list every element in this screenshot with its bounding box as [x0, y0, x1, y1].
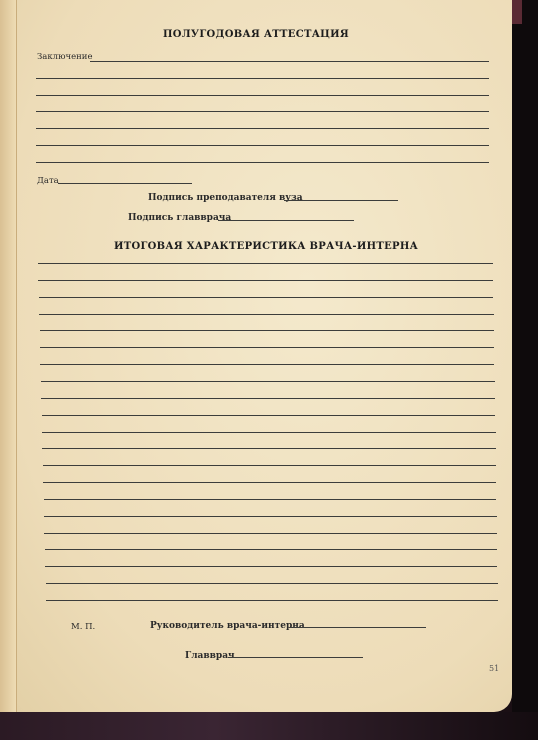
- section-title-final: ИТОГОВАЯ ХАРАКТЕРИСТИКА ВРАЧА-ИНТЕРНА: [10, 241, 522, 252]
- characteristic-line[interactable]: [44, 516, 497, 517]
- characteristic-line[interactable]: [42, 432, 496, 433]
- characteristic-line[interactable]: [41, 381, 495, 382]
- conclusion-line[interactable]: [90, 61, 489, 62]
- characteristic-line[interactable]: [42, 448, 495, 449]
- characteristic-line[interactable]: [46, 583, 498, 584]
- characteristic-line[interactable]: [39, 314, 494, 315]
- page-number: 51: [489, 664, 499, 673]
- supervisor-label: Руководитель врача-интерна: [150, 621, 305, 631]
- characteristic-line[interactable]: [40, 347, 494, 348]
- conclusion-line[interactable]: [36, 128, 489, 129]
- characteristic-line[interactable]: [46, 600, 498, 601]
- characteristic-line[interactable]: [43, 465, 496, 466]
- book-spine: [0, 0, 17, 712]
- conclusion-line[interactable]: [36, 145, 489, 146]
- characteristic-line[interactable]: [43, 482, 496, 483]
- section-title-semiannual: ПОЛУГОДОВАЯ АТТЕСТАЦИЯ: [0, 29, 512, 40]
- characteristic-line[interactable]: [45, 549, 497, 550]
- characteristic-line[interactable]: [40, 330, 494, 331]
- chief-doctor-signature-line[interactable]: [218, 220, 354, 221]
- supervisor-signature-line[interactable]: [290, 627, 426, 628]
- stamp-label: М. П.: [71, 622, 95, 632]
- chief-doctor-signature-label: Подпись главврача: [128, 213, 231, 223]
- conclusion-label: Заключение: [37, 52, 93, 62]
- characteristic-line[interactable]: [40, 364, 494, 365]
- conclusion-line[interactable]: [36, 162, 489, 163]
- characteristic-line[interactable]: [38, 280, 493, 281]
- characteristic-line[interactable]: [44, 533, 497, 534]
- characteristic-line[interactable]: [41, 398, 495, 399]
- conclusion-line[interactable]: [36, 95, 489, 96]
- scan-background-right: [512, 0, 538, 740]
- characteristic-line[interactable]: [39, 297, 494, 298]
- scan-background-bottom: [0, 712, 538, 740]
- chief-doctor-line[interactable]: [228, 657, 363, 658]
- date-label: Дата: [37, 176, 59, 186]
- characteristic-line[interactable]: [38, 263, 493, 264]
- document-page: ПОЛУГОДОВАЯ АТТЕСТАЦИЯ Заключение Дата П…: [0, 0, 512, 712]
- date-field-line[interactable]: [58, 183, 192, 184]
- characteristic-line[interactable]: [42, 415, 496, 416]
- teacher-signature-line[interactable]: [284, 200, 398, 201]
- characteristic-line[interactable]: [45, 566, 497, 567]
- characteristic-line[interactable]: [44, 499, 497, 500]
- teacher-signature-label: Подпись преподавателя вуза: [148, 193, 303, 203]
- conclusion-line[interactable]: [36, 111, 489, 112]
- conclusion-line[interactable]: [36, 78, 489, 79]
- chief-doctor-label: Главврач: [185, 651, 235, 661]
